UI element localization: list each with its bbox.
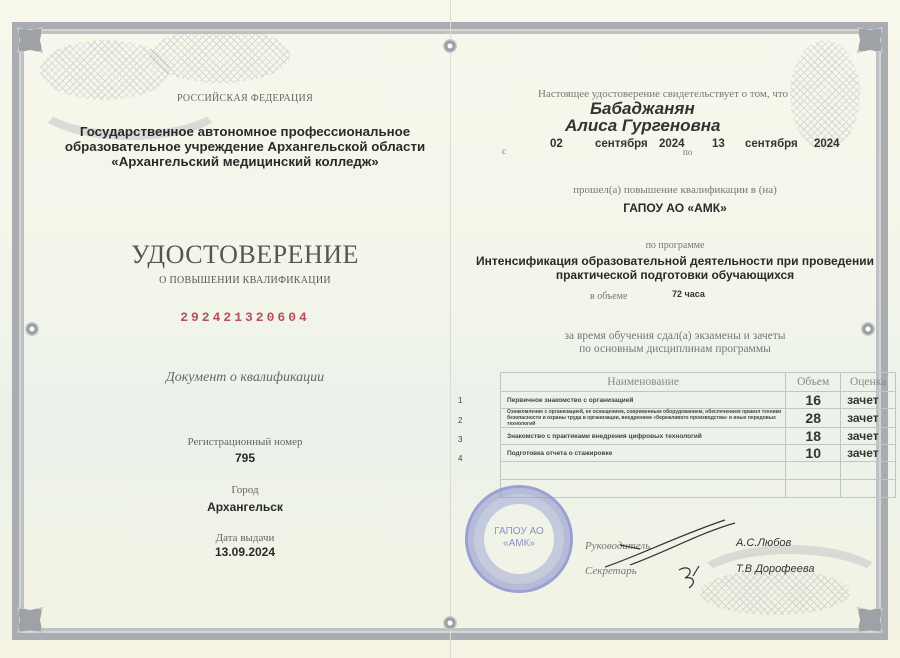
subject-grade: зачет: [841, 409, 896, 428]
subject-hours: 28: [786, 409, 841, 428]
end-month: сентября: [745, 138, 798, 150]
program-label: по программе: [450, 240, 900, 251]
serial-number: 292421320604: [40, 310, 450, 325]
completed-label: прошел(а) повышение квалификации в (на): [450, 184, 900, 196]
column-header-grade: Оценка: [841, 373, 896, 392]
official-stamp: ГАПОУ АО «АМК»: [465, 485, 573, 593]
start-year: 2024: [659, 138, 685, 150]
subject-name: Первичное знакомство с организацией: [501, 392, 786, 409]
table-row: Знакомство с практиками внедрения цифров…: [501, 428, 896, 445]
to-label: по: [683, 147, 692, 157]
ornament-rosette: [25, 322, 39, 336]
start-day: 02: [550, 138, 563, 150]
row-number: 3: [458, 435, 462, 444]
document-subtitle: О ПОВЫШЕНИИ КВАЛИФИКАЦИИ: [40, 275, 450, 286]
subject-hours: 16: [786, 392, 841, 409]
from-label: с: [502, 146, 506, 156]
subjects-table: Наименование Объем Оценка Первичное знак…: [500, 372, 896, 498]
subject-grade: зачет: [841, 445, 896, 462]
table-row: Ознакомление с организацией, ее оснащени…: [501, 409, 896, 428]
signature-secretary: [675, 562, 705, 592]
city-label: Город: [40, 484, 450, 496]
subject-hours: 18: [786, 428, 841, 445]
organization-name: Государственное автономное профессиональ…: [40, 124, 450, 169]
signature-name-secretary: Т.В Дорофеева: [736, 563, 814, 575]
issue-date-label: Дата выдачи: [40, 532, 450, 544]
subject-name: Ознакомление с организацией, ее оснащени…: [501, 409, 786, 428]
row-number: 2: [458, 416, 462, 425]
exams-text-line1: за время обучения сдал(а) экзамены и зач…: [450, 330, 900, 342]
institution-name: ГАПОУ АО «АМК»: [450, 201, 900, 215]
registration-label: Регистрационный номер: [40, 436, 450, 448]
row-number: 4: [458, 454, 462, 463]
table-row-empty: [501, 462, 896, 480]
row-number: 1: [458, 396, 462, 405]
signature-director: [600, 515, 740, 575]
registration-number: 795: [40, 451, 450, 465]
document-title: УДОСТОВЕРЕНИЕ: [40, 240, 450, 270]
city-value: Архангельск: [40, 500, 450, 514]
volume-value: 72 часа: [672, 289, 705, 299]
issue-date: 13.09.2024: [40, 545, 450, 559]
subject-name: Знакомство с практиками внедрения цифров…: [501, 428, 786, 445]
given-names: Алиса Гургеновна: [565, 116, 720, 136]
signature-name-director: А.С.Любов: [736, 537, 791, 549]
exams-text-line2: по основным дисциплинам программы: [450, 343, 900, 355]
subject-hours: 10: [786, 445, 841, 462]
subject-grade: зачет: [841, 392, 896, 409]
end-year: 2024: [814, 138, 840, 150]
table-row: Подготовка отчета о стажировке 10 зачет: [501, 445, 896, 462]
subject-name: Подготовка отчета о стажировке: [501, 445, 786, 462]
start-month: сентября: [595, 138, 648, 150]
country-label: РОССИЙСКАЯ ФЕДЕРАЦИЯ: [40, 93, 450, 104]
document-kind: Документ о квалификации: [40, 370, 450, 386]
subject-grade: зачет: [841, 428, 896, 445]
program-name: Интенсификация образовательной деятельно…: [450, 254, 900, 282]
left-page: РОССИЙСКАЯ ФЕДЕРАЦИЯ Государственное авт…: [40, 0, 450, 658]
table-row: Первичное знакомство с организацией 16 з…: [501, 392, 896, 409]
table-row-empty: [501, 480, 896, 498]
column-header-name: Наименование: [501, 373, 786, 392]
certificate-sheet: РОССИЙСКАЯ ФЕДЕРАЦИЯ Государственное авт…: [0, 0, 900, 658]
volume-label: в объеме: [590, 291, 627, 302]
column-header-hours: Объем: [786, 373, 841, 392]
end-day: 13: [712, 138, 725, 150]
